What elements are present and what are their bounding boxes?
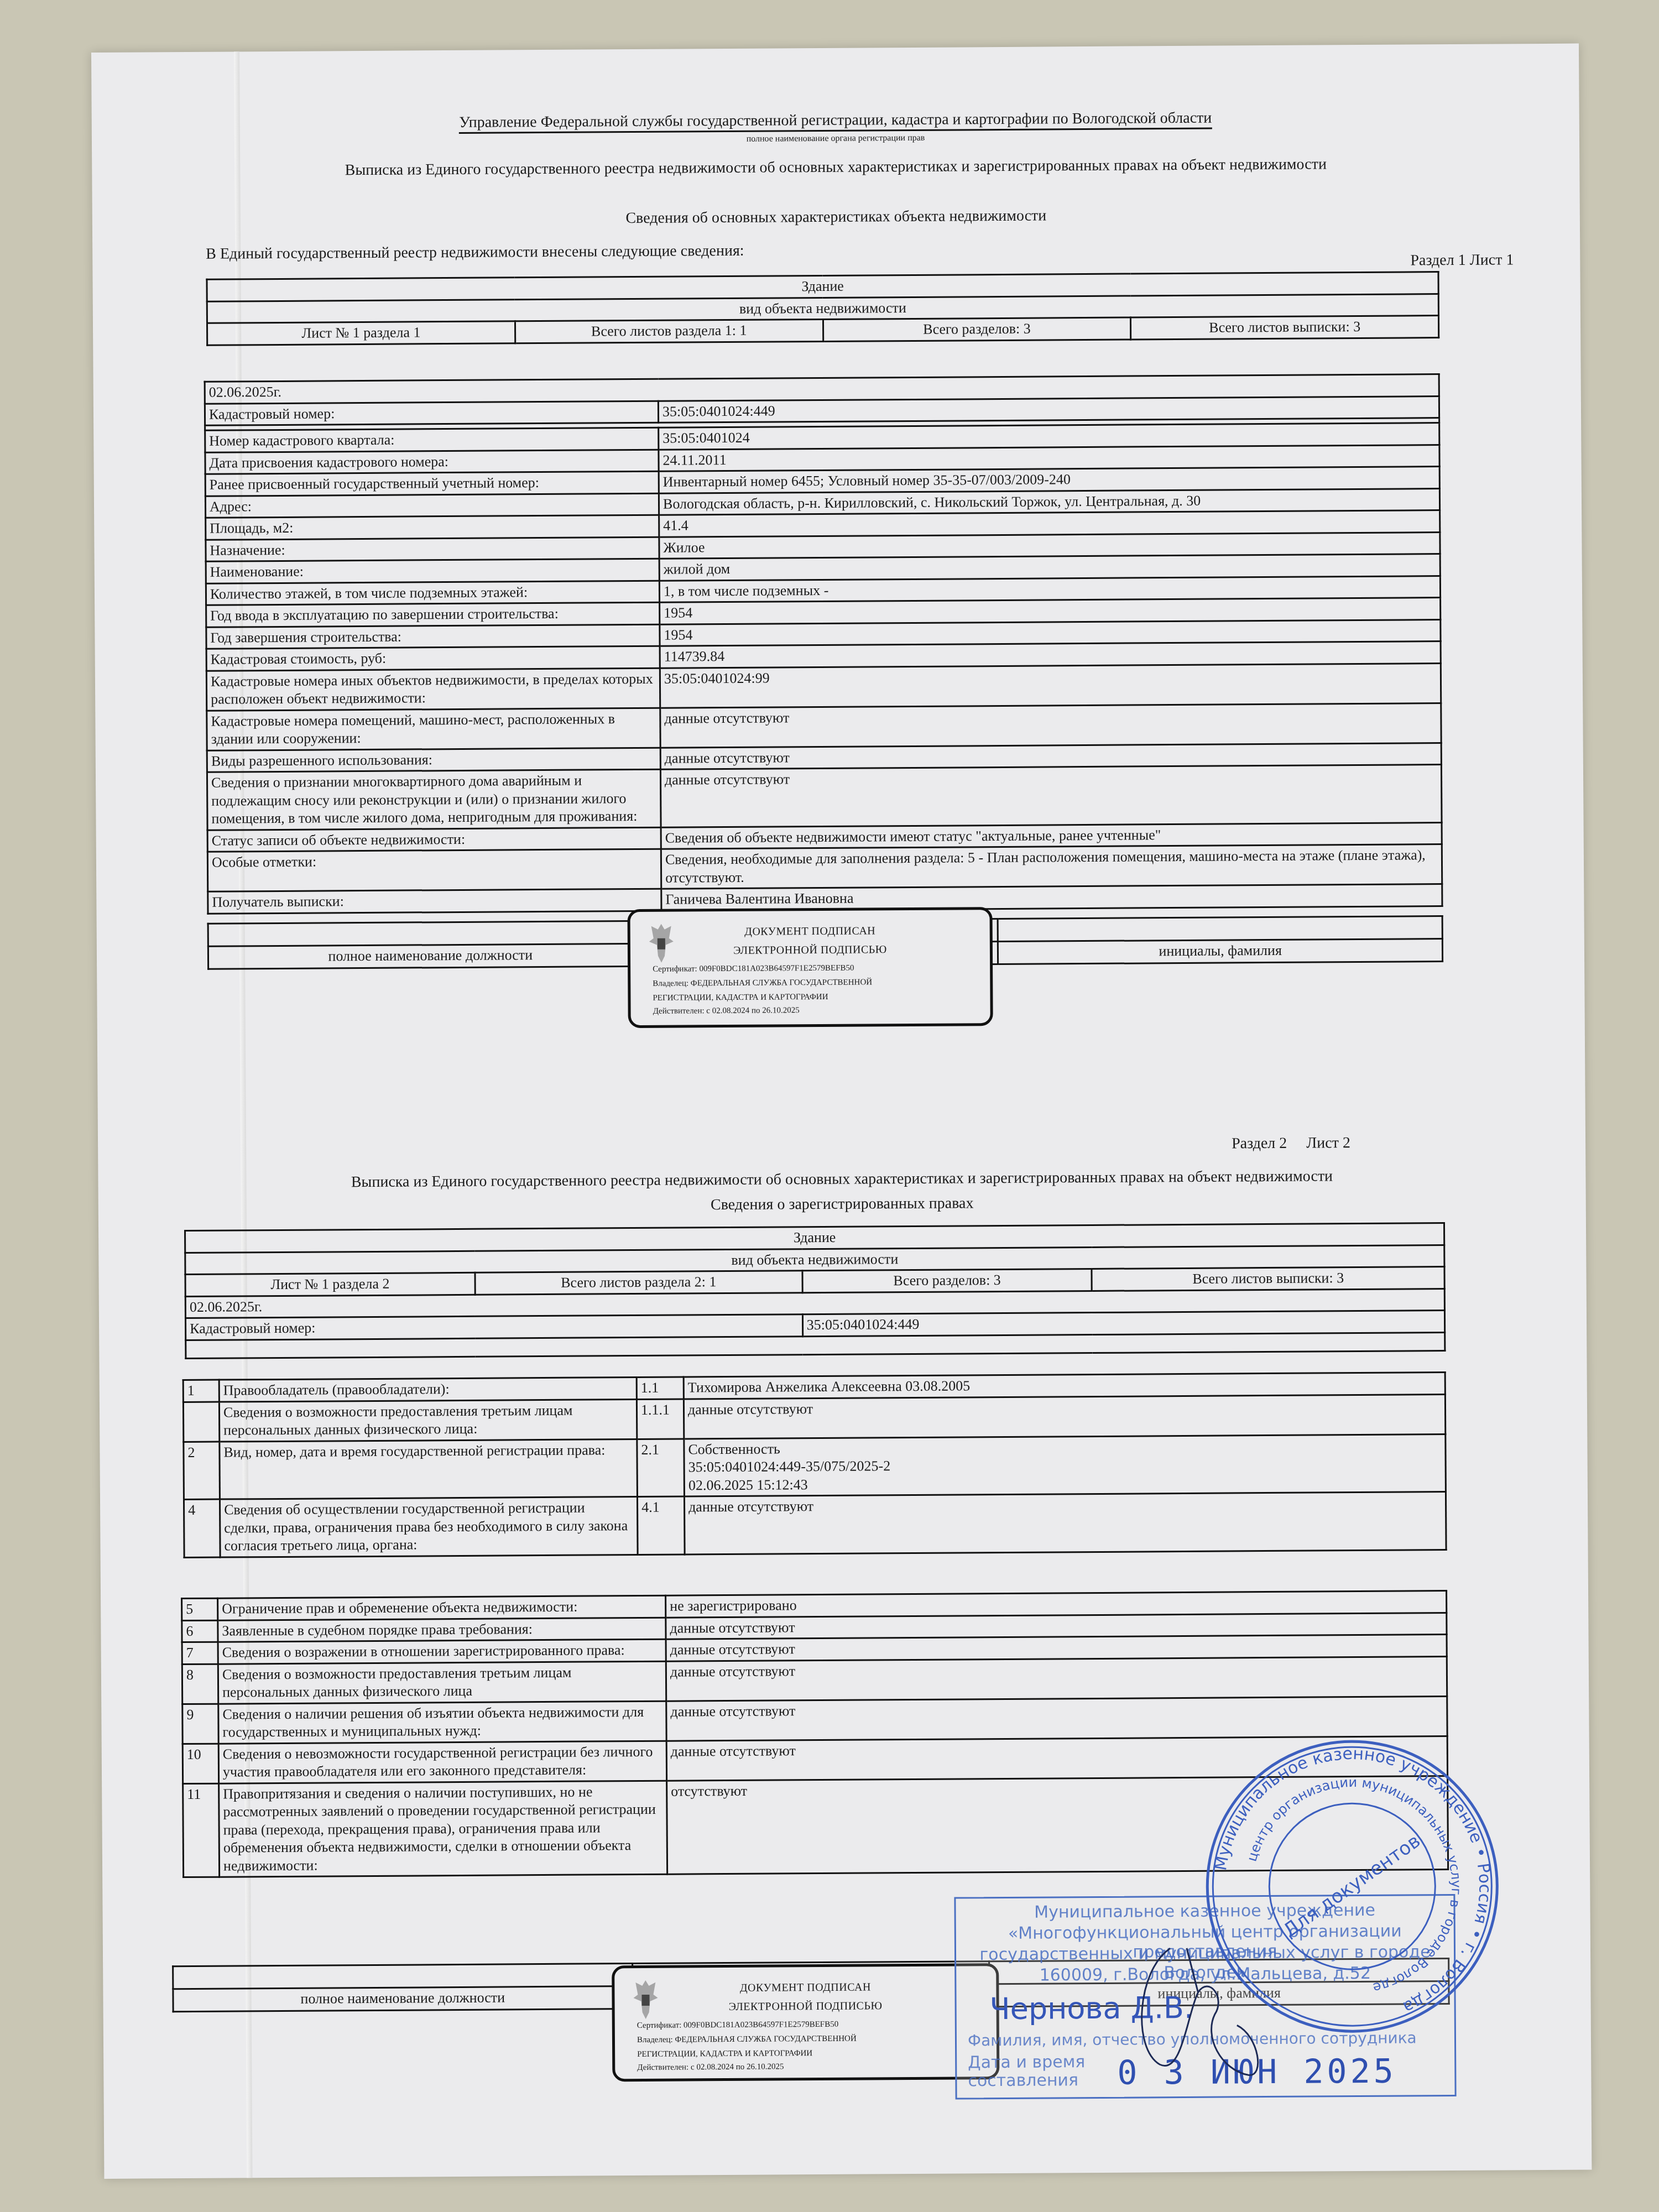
- extract-sheets-total: Всего листов выписки: 3: [1131, 316, 1439, 340]
- position-caption: полное наименование должности: [208, 943, 653, 969]
- section1-heading: Сведения об основных характеристиках объ…: [92, 204, 1580, 231]
- electronic-signature-block-2: ДОКУМЕНТ ПОДПИСАН ЭЛЕКТРОННОЙ ПОДПИСЬЮ С…: [612, 1963, 999, 2081]
- section2-label: Раздел 2 Лист 2: [1232, 1134, 1350, 1152]
- section2-header-table: Здание вид объекта недвижимости Лист № 1…: [184, 1222, 1446, 1359]
- table-row: 9Сведения о наличии решения об изъятии о…: [182, 1696, 1447, 1744]
- sheet-number: Лист № 1 раздела 1: [207, 321, 515, 345]
- table-row: 4Сведения об осуществлении государственн…: [184, 1492, 1446, 1557]
- rights-table: 1Правообладатель (правообладатели):1.1Ти…: [182, 1371, 1447, 1558]
- svg-text:Для документов: Для документов: [1279, 1830, 1425, 1942]
- registration-record: Собственность 35:05:0401024:449-35/075/2…: [684, 1434, 1446, 1496]
- table-row: Кадастровые номера помещений, машино-мес…: [207, 703, 1441, 750]
- cadastral-number-label: Кадастровый номер:: [205, 401, 658, 426]
- sections-total: Всего разделов: 3: [823, 317, 1131, 341]
- extract-title: Выписка из Единого государственного реес…: [92, 154, 1579, 181]
- handwritten-signature: [1120, 1926, 1287, 2093]
- section1-characteristics-table: 02.06.2025г. Кадастровый номер:35:05:040…: [204, 373, 1443, 914]
- table-row: 8Сведения о возможности предоставления т…: [182, 1656, 1447, 1704]
- section-sheets-total: Всего листов раздела 1: 1: [515, 319, 823, 343]
- validity-period: Действителен: с 02.08.2024 по 26.10.2025: [653, 1006, 800, 1016]
- document-page: Управление Федеральной службы государств…: [91, 44, 1592, 2179]
- electronic-signature-block: ДОКУМЕНТ ПОДПИСАН ЭЛЕКТРОННОЙ ПОДПИСЬЮ С…: [627, 907, 993, 1028]
- organization-name: Управление Федеральной службы государств…: [92, 107, 1579, 134]
- table-row: Сведения о возможности предоставления тр…: [183, 1394, 1445, 1442]
- section1-header-table: Здание вид объекта недвижимости Лист № 1…: [206, 271, 1440, 346]
- section2-extract-title: Выписка из Единого государственного реес…: [98, 1166, 1585, 1193]
- table-row: Кадастровые номера иных объектов недвижи…: [206, 663, 1441, 711]
- section1-intro: В Единый государственный реестр недвижим…: [206, 242, 744, 263]
- certificate-number: Сертификат: 009F0BDC181A023B64597F1E2579…: [653, 964, 854, 974]
- section2-heading: Сведения о зарегистрированных правах: [98, 1191, 1586, 1218]
- section1-label: Раздел 1 Лист 1: [1410, 251, 1514, 269]
- table-row: 2Вид, номер, дата и время государственно…: [184, 1434, 1446, 1499]
- table-row: Сведения о признании многоквартирного до…: [207, 765, 1442, 830]
- table-row: Особые отметки:Сведения, необходимые для…: [207, 844, 1442, 892]
- name-caption: инициалы, фамилия: [998, 939, 1443, 964]
